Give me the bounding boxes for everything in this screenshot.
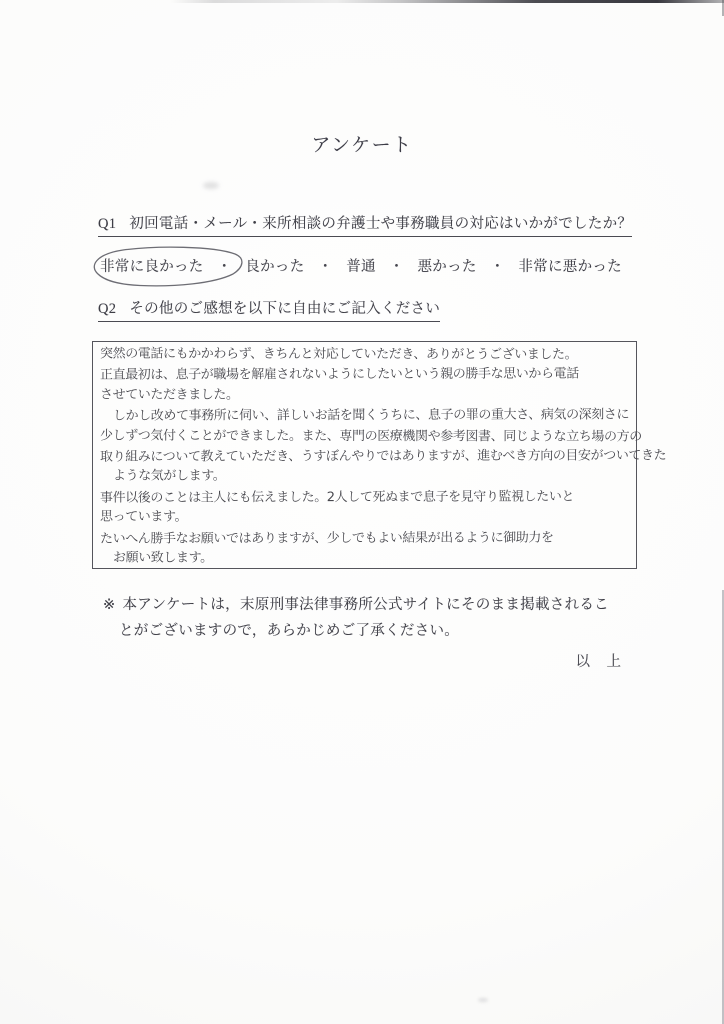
option-very-bad: 非常に悪かった bbox=[518, 255, 622, 276]
handwritten-line: お願い致します。 bbox=[100, 549, 636, 571]
option-bad: 悪かった bbox=[417, 255, 476, 276]
handwritten-line: たいへん勝手なお願いではありますが、少しでもよい結果が出るように御助力を bbox=[100, 528, 636, 550]
reference-mark: ※ bbox=[103, 597, 115, 613]
scan-artifact-top-edge bbox=[170, 0, 724, 3]
disclaimer-line-1: ※本アンケートは，末原刑事法律事務所公式サイトにそのまま掲載されるこ bbox=[103, 592, 633, 618]
handwritten-line: 事件以後のことは主人にも伝えました。2人して死ぬまで息子を見守り監視したいと bbox=[100, 487, 636, 509]
disclaimer-text-1: 本アンケートは，末原刑事法律事務所公式サイトにそのまま掲載されるこ bbox=[122, 597, 609, 613]
disclaimer-line-2: とがございますので，あらかじめご了承ください。 bbox=[103, 618, 633, 644]
option-neutral: 普通 bbox=[346, 255, 376, 276]
option-separator-dot: ・ bbox=[389, 255, 404, 276]
option-separator-dot: ・ bbox=[217, 255, 232, 276]
handwritten-line: 思っています。 bbox=[100, 508, 636, 530]
question-1-heading: Q1初回電話・メール・来所相談の弁護士や事務職員の対応はいかがでしたか？ bbox=[98, 212, 632, 237]
question-2-label: Q2 bbox=[98, 301, 116, 317]
handwritten-line: ような気がします。 bbox=[100, 467, 636, 489]
option-very-good-label: 非常に良かった bbox=[100, 259, 204, 275]
option-separator-dot: ・ bbox=[318, 255, 333, 276]
question-1-label: Q1 bbox=[98, 216, 116, 232]
option-very-good: 非常に良かった bbox=[100, 255, 204, 276]
option-good: 良かった bbox=[245, 255, 304, 276]
scan-smudge bbox=[203, 182, 219, 189]
handwritten-line: させていただきました。 bbox=[100, 385, 636, 407]
page-title: アンケート bbox=[0, 130, 724, 157]
handwritten-line: 取り組みについて教えていただき、うすぼんやりではありますが、進むべき方向の目安が… bbox=[100, 446, 636, 468]
question-2-text: その他のご感想を以下に自由にご記入ください bbox=[129, 301, 440, 317]
handwritten-line: 正直最初は、息子が職場を解雇されないようにしたいという親の勝手な思いから電話 bbox=[100, 365, 636, 387]
handwritten-line: 少しずつ気付くことができました。また、専門の医療機関や参考図書、同じような立ち場… bbox=[100, 426, 636, 448]
disclaimer-note: ※本アンケートは，末原刑事法律事務所公式サイトにそのまま掲載されるこ とがござい… bbox=[103, 592, 633, 644]
question-2-heading: Q2その他のご感想を以下に自由にご記入ください bbox=[98, 297, 440, 322]
free-comment-box: 突然の電話にもかかわらず、きちんと対応していただき、ありがとうございました。 正… bbox=[92, 341, 637, 569]
option-separator-dot: ・ bbox=[490, 255, 505, 276]
question-1-text: 初回電話・メール・来所相談の弁護士や事務職員の対応はいかがでしたか？ bbox=[129, 216, 632, 232]
scan-smudge bbox=[478, 998, 488, 1002]
handwritten-line: しかし改めて事務所に伺い、詳しいお話を聞くうちに、息子の罪の重大さ、病気の深刻さ… bbox=[100, 406, 636, 428]
handwritten-line: 突然の電話にもかかわらず、きちんと対応していただき、ありがとうございました。 bbox=[100, 344, 636, 366]
question-1-options: 非常に良かった ・ 良かった ・ 普通 ・ 悪かった ・ 非常に悪かった bbox=[100, 255, 622, 276]
scanned-survey-page: アンケート Q1初回電話・メール・来所相談の弁護士や事務職員の対応はいかがでした… bbox=[0, 0, 724, 1024]
closing-mark: 以 上 bbox=[576, 650, 623, 671]
